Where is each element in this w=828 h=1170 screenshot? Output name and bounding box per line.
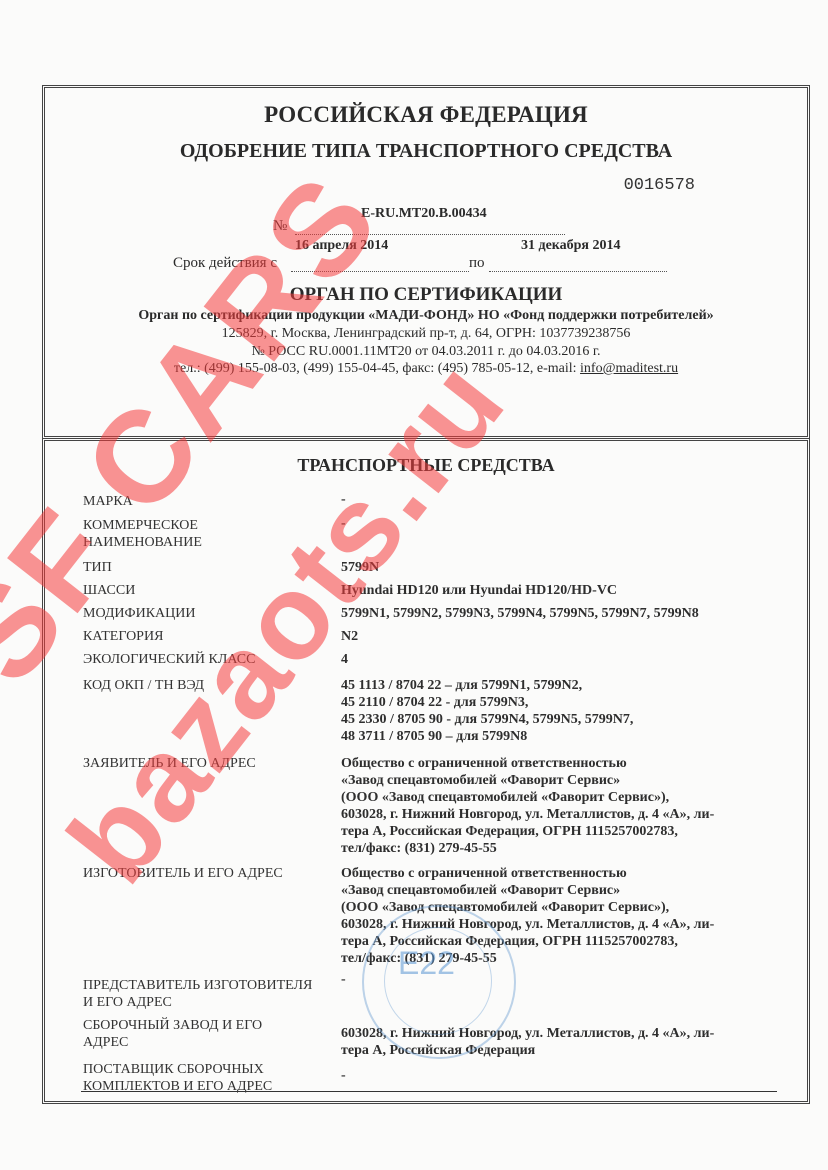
field-value-line: тел/факс: (831) 279-45-55 <box>341 950 801 967</box>
field-value: - <box>341 491 801 508</box>
field-value-line: 45 2330 / 8705 90 - для 5799N4, 5799N5, … <box>341 711 801 728</box>
cert-body-name: Орган по сертификации продукции «МАДИ-ФО… <box>45 308 807 324</box>
approval-number: E-RU.MT20.B.00434 <box>361 206 487 222</box>
field-value: - <box>341 1067 801 1084</box>
field-label: КАТЕГОРИЯ <box>83 628 303 645</box>
field-value: Общество с ограниченной ответственностью… <box>341 865 801 967</box>
valid-to-date: 31 декабря 2014 <box>521 238 621 254</box>
approval-header-frame: РОССИЙСКАЯ ФЕДЕРАЦИЯ ОДОБРЕНИЕ ТИПА ТРАН… <box>42 85 810 439</box>
number-underline <box>295 234 565 235</box>
field-value: - <box>341 515 801 532</box>
field-value-line: тера А, Российская Федерация, ОГРН 11152… <box>341 823 801 840</box>
cert-body-title: ОРГАН ПО СЕРТИФИКАЦИИ <box>45 284 807 306</box>
field-value-line: 4 <box>341 651 801 668</box>
field-value: 5799N1, 5799N2, 5799N3, 5799N4, 5799N5, … <box>341 605 801 622</box>
field-value-line: - <box>341 491 801 508</box>
contacts-text: тел.: (499) 155-08-03, (499) 155-04-45, … <box>174 361 580 376</box>
field-label: СБОРОЧНЫЙ ЗАВОД И ЕГО АДРЕС <box>83 1017 293 1051</box>
field-value-line: 603028, г. Нижний Новгород, ул. Металлис… <box>341 1025 801 1042</box>
field-value-line: «Завод спецавтомобилей «Фаворит Сервис» <box>341 882 801 899</box>
field-value-line: 5799N <box>341 559 801 576</box>
vehicles-title: ТРАНСПОРТНЫЕ СРЕДСТВА <box>45 455 807 476</box>
field-value-line: N2 <box>341 628 801 645</box>
serial-number: 0016578 <box>624 176 695 195</box>
field-value-line: Общество с ограниченной ответственностью <box>341 865 801 882</box>
field-value-line: тера А, Российская Федерация <box>341 1042 801 1059</box>
field-value-line: 5799N1, 5799N2, 5799N3, 5799N4, 5799N5, … <box>341 605 801 622</box>
validity-to-label: по <box>469 255 485 272</box>
validity-label: Срок действия с <box>173 255 277 272</box>
vehicles-frame: ТРАНСПОРТНЫЕ СРЕДСТВА МАРКА-КОММЕРЧЕСКОЕ… <box>42 438 810 1104</box>
field-value-line: 45 2110 / 8704 22 - для 5799N3, <box>341 694 801 711</box>
field-value: 45 1113 / 8704 22 – для 5799N1, 5799N2,4… <box>341 677 801 745</box>
field-value-line: 603028, г. Нижний Новгород, ул. Металлис… <box>341 806 801 823</box>
field-label: ИЗГОТОВИТЕЛЬ И ЕГО АДРЕС <box>83 865 303 882</box>
document-title: ОДОБРЕНИЕ ТИПА ТРАНСПОРТНОГО СРЕДСТВА <box>45 140 807 163</box>
field-value-line: тел/факс: (831) 279-45-55 <box>341 840 801 857</box>
field-value: 4 <box>341 651 801 668</box>
field-value-line: Hyundai HD120 или Hyundai HD120/HD-VC <box>341 582 801 599</box>
field-label: КОД ОКП / ТН ВЭД <box>83 677 303 694</box>
field-value-line: тера А, Российская Федерация, ОГРН 11152… <box>341 933 801 950</box>
bottom-rule <box>81 1091 777 1092</box>
field-value-line: 48 3711 / 8705 90 – для 5799N8 <box>341 728 801 745</box>
field-value-line: (ООО «Завод спецавтомобилей «Фаворит Сер… <box>341 899 801 916</box>
field-value-line: Общество с ограниченной ответственностью <box>341 755 801 772</box>
field-value: Hyundai HD120 или Hyundai HD120/HD-VC <box>341 582 801 599</box>
field-value-line: 45 1113 / 8704 22 – для 5799N1, 5799N2, <box>341 677 801 694</box>
field-label: ШАССИ <box>83 582 303 599</box>
field-label: КОММЕРЧЕСКОЕ НАИМЕНОВАНИЕ <box>83 517 233 551</box>
field-value: - <box>341 971 801 988</box>
field-label: ЗАЯВИТЕЛЬ И ЕГО АДРЕС <box>83 755 303 772</box>
field-value: Общество с ограниченной ответственностью… <box>341 755 801 857</box>
number-label: № <box>273 218 287 235</box>
cert-body-address: 125829, г. Москва, Ленинградский пр-т, д… <box>45 326 807 342</box>
validity-from-underline <box>291 271 469 272</box>
field-value-line: (ООО «Завод спецавтомобилей «Фаворит Сер… <box>341 789 801 806</box>
cert-body-registration: № РОСС RU.0001.11MT20 от 04.03.2011 г. д… <box>45 344 807 360</box>
field-value-line: - <box>341 515 801 532</box>
field-value: N2 <box>341 628 801 645</box>
field-label: МОДИФИКАЦИИ <box>83 605 303 622</box>
field-value-line: 603028, г. Нижний Новгород, ул. Металлис… <box>341 916 801 933</box>
field-value: 5799N <box>341 559 801 576</box>
valid-from-date: 16 апреля 2014 <box>295 238 388 254</box>
field-value: 603028, г. Нижний Новгород, ул. Металлис… <box>341 1025 801 1059</box>
field-label: ТИП <box>83 559 303 576</box>
country-title: РОССИЙСКАЯ ФЕДЕРАЦИЯ <box>45 102 807 128</box>
field-label: ЭКОЛОГИЧЕСКИЙ КЛАСС <box>83 651 303 668</box>
field-label: МАРКА <box>83 493 303 510</box>
cert-body-contacts: тел.: (499) 155-08-03, (499) 155-04-45, … <box>45 361 807 377</box>
field-value-line: - <box>341 1067 801 1084</box>
field-value-line: - <box>341 971 801 988</box>
email-link[interactable]: info@maditest.ru <box>580 361 678 376</box>
field-value-line: «Завод спецавтомобилей «Фаворит Сервис» <box>341 772 801 789</box>
field-label: ПОСТАВЩИК СБОРОЧНЫХ КОМПЛЕКТОВ И ЕГО АДР… <box>83 1061 303 1095</box>
field-label: ПРЕДСТАВИТЕЛЬ ИЗГОТОВИТЕЛЯ И ЕГО АДРЕС <box>83 977 313 1011</box>
validity-to-underline <box>489 271 667 272</box>
